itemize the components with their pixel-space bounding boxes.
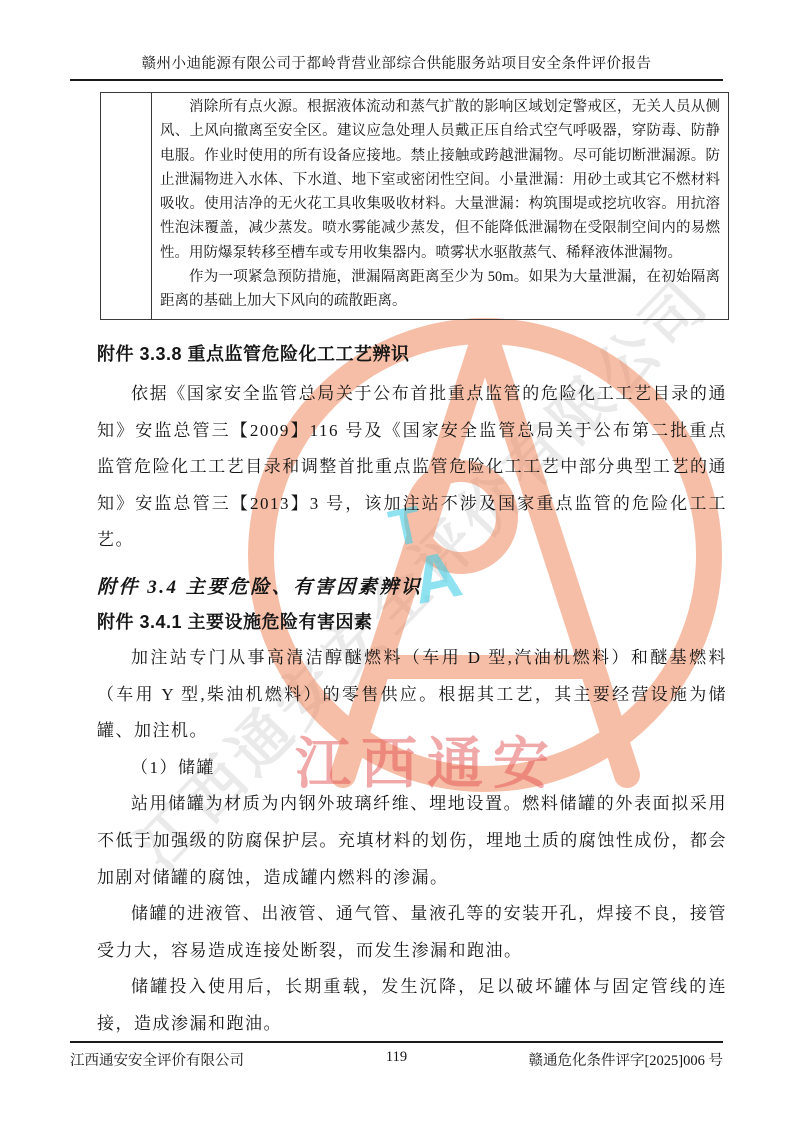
heading-3-4: 附件 3.4 主要危险、有害因素辨识 xyxy=(97,572,727,599)
document-body: 附件 3.3.8 重点监管危险化工工艺辨识 依据《国家安全监管总局关于公布首批重… xyxy=(97,340,727,1043)
page-header-title: 赣州小迪能源有限公司于都岭背营业部综合供能服务站项目安全条件评价报告 xyxy=(70,52,723,73)
paragraph-3-4-1-a: 加注站专门从事高清洁醇醚燃料（车用 D 型,汽油机燃料）和醚基燃料（车用 Y 型… xyxy=(97,640,727,750)
paragraph-3-3-8: 依据《国家安全监管总局关于公布首批重点监管的危险化工工艺目录的通知》安监总管三【… xyxy=(97,376,727,559)
footer-doc-number: 赣通危化条件评字[2025]006 号 xyxy=(528,1049,723,1070)
table-content-cell: 消除所有点火源。根据液体流动和蒸气扩散的影响区域划定警戒区，无关人员从侧风、上风… xyxy=(152,93,728,319)
table-paragraph-2: 作为一项紧急预防措施，泄漏隔离距离至少为 50m。如果为大量泄漏，在初始隔离距离… xyxy=(160,265,720,314)
heading-3-4-1: 附件 3.4.1 主要设施危险有害因素 xyxy=(97,608,727,634)
paragraph-3-4-1-b: 站用储罐为材质为内钢外玻璃纤维、埋地设置。燃料储罐的外表面拟采用不低于加强级的防… xyxy=(97,786,727,896)
paragraph-3-4-1-d: 储罐投入使用后，长期重载，发生沉降，足以破坏罐体与固定管线的连接，造成渗漏和跑油… xyxy=(97,969,727,1042)
page-footer: 江西通安安全评价有限公司 119 赣通危化条件评字[2025]006 号 xyxy=(70,1041,723,1049)
paragraph-3-4-1-c: 储罐的进液管、出液管、通气管、量液孔等的安装开孔，焊接不良，接管受力大，容易造成… xyxy=(97,896,727,969)
table-paragraph-1: 消除所有点火源。根据液体流动和蒸气扩散的影响区域划定警戒区，无关人员从侧风、上风… xyxy=(160,95,720,265)
document-page: 江西通安安全评价有限公司 T A 江西通安 赣州小迪能源有限公司于都岭背营业部综… xyxy=(0,0,793,1122)
list-item-storage-tank: （1）储罐 xyxy=(97,750,727,787)
hazard-measures-table: 消除所有点火源。根据液体流动和蒸气扩散的影响区域划定警戒区，无关人员从侧风、上风… xyxy=(100,92,729,320)
document-content: 赣州小迪能源有限公司于都岭背营业部综合供能服务站项目安全条件评价报告 消除所有点… xyxy=(0,0,793,1122)
header-divider xyxy=(70,79,723,81)
heading-3-3-8: 附件 3.3.8 重点监管危险化工工艺辨识 xyxy=(97,340,727,366)
table-left-cell-empty xyxy=(101,93,152,319)
